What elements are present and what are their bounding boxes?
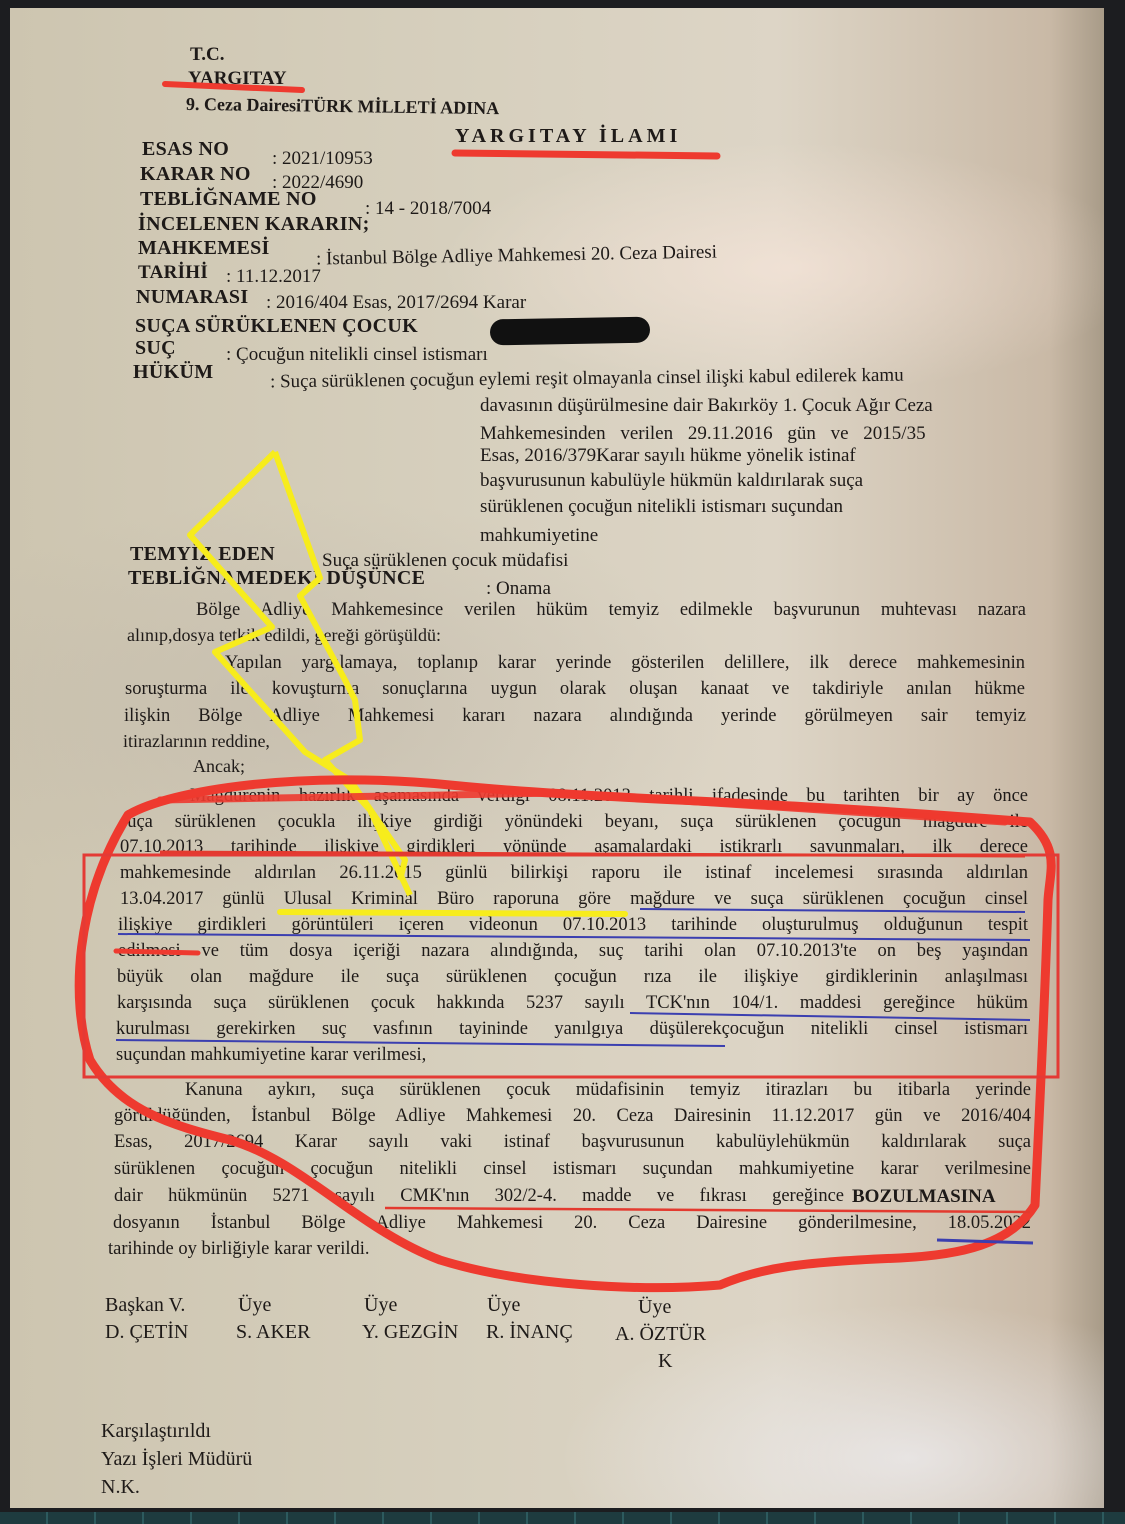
signature-role-4: Üye <box>638 1296 671 1318</box>
para4-line-3: sürüklenen çocuğun çocuğun nitelikli cin… <box>114 1156 1031 1182</box>
incelenen-label: İNCELENEN KARARIN; <box>138 213 370 235</box>
para1-line-1: alınıp,dosya tetkik edildi, gereği görüş… <box>127 624 441 646</box>
tarihi-label: TARİHİ <box>138 262 208 284</box>
tebligname-value: : 14 - 2018/7004 <box>365 198 491 220</box>
suc-value: : Çocuğun nitelikli cinsel istismarı <box>226 344 488 366</box>
hukum-line-5: sürüklenen çocuğun nitelikli istismarı s… <box>480 496 843 518</box>
para4-line-6: tarihinde oy birliğiyle karar verildi. <box>108 1238 369 1260</box>
hukum-line-1: davasının düşürülmesine dair Bakırköy 1.… <box>480 395 933 417</box>
para4-line-1: görüldüğünden, İstanbul Bölge Adliye Mah… <box>114 1103 1031 1129</box>
esas-value: : 2021/10953 <box>272 148 373 170</box>
hukum-line-3: Esas, 2016/379Karar sayılı hükme yönelik… <box>480 445 856 467</box>
suc-label: SUÇ <box>135 337 176 359</box>
para3-line-4: 13.04.2017 günlü Ulusal Kriminal Büro ra… <box>120 886 1028 912</box>
para4-line-2: Esas, 2017/2694 Karar sayılı vaki istina… <box>114 1129 1031 1155</box>
redaction-mark <box>490 317 650 346</box>
footer-clerk-title: Yazı İşleri Müdürü <box>101 1448 252 1470</box>
karar-label: KARAR NO <box>140 163 251 185</box>
para2-line-0: Yapılan yargılamaya, toplanıp karar yeri… <box>225 650 1025 676</box>
doc-title: YARGITAY İLAMI <box>455 125 681 147</box>
cocuk-label: SUÇA SÜRÜKLENEN ÇOCUK <box>135 315 418 337</box>
numarasi-value: : 2016/404 Esas, 2017/2694 Karar <box>266 292 526 314</box>
teblig-dusunce-label: TEBLİĞNAMEDEKİ DÜŞÜNCE <box>128 567 425 589</box>
tc-label: T.C. <box>190 44 224 66</box>
court-name: YARGITAY <box>188 68 287 90</box>
signature-role-0: Başkan V. <box>105 1294 185 1316</box>
para2-line-1: soruşturma ile kovuşturma sonuçlarına uy… <box>125 676 1025 702</box>
signature-role-2: Üye <box>364 1294 397 1316</box>
mahkemesi-label: MAHKEMESİ <box>138 237 270 259</box>
signature-name-1: S. AKER <box>236 1321 310 1343</box>
bottom-strip <box>0 1512 1125 1524</box>
tarihi-value: : 11.12.2017 <box>226 266 321 288</box>
bozulmasina-word: BOZULMASINA <box>852 1186 996 1208</box>
footer-compared: Karşılaştırıldı <box>101 1420 211 1442</box>
para4-line-4: dair hükmünün 5271 sayılı CMK'nın 302/2-… <box>114 1183 844 1209</box>
temyiz-label: TEMYİZ EDEN <box>130 543 275 565</box>
para3-line-7: büyük olan mağdure ile suça sürüklenen ç… <box>117 964 1028 990</box>
hukum-line-2: Mahkemesinden verilen 29.11.2016 gün ve … <box>480 423 926 445</box>
footer-initials: N.K. <box>101 1476 140 1498</box>
para3-line-6: edilmesi ve tüm dosya içeriği nazara alı… <box>118 938 1028 964</box>
ancak-label: Ancak; <box>193 755 245 777</box>
para3-line-3: mahkemesinde aldırılan 26.11.2015 günlü … <box>120 860 1028 886</box>
signature-name-4-cont: K <box>658 1350 672 1372</box>
para1-line-0: Bölge Adliye Mahkemesince verilen hüküm … <box>196 597 1026 623</box>
para3-line-9: kurulması gerekirken suç vasfının tayini… <box>116 1016 1028 1042</box>
signature-role-1: Üye <box>238 1294 271 1316</box>
signature-name-0: D. ÇETİN <box>105 1321 188 1343</box>
para3-line-8: karşısında suça sürüklenen çocuk hakkınd… <box>117 990 1028 1016</box>
para3-line-1: suça sürüklenen çocukla ilişkiye girdiği… <box>120 809 1028 835</box>
para4-line-5: dosyanın İstanbul Bölge Adliye Mahkemesi… <box>113 1210 1031 1236</box>
hukum-label: HÜKÜM <box>133 361 213 383</box>
hukum-line-4: başvurusunun kabulüyle hükmün kaldırılar… <box>480 470 863 492</box>
para3-line-5: ilişkiye girdikleri görüntüleri içeren v… <box>118 912 1028 938</box>
chamber-line: 9. Ceza DairesiTÜRK MİLLETİ ADINA <box>186 93 499 119</box>
para3-line-0: Mağdurenin hazırlık aşamasında verdiği 0… <box>190 783 1028 809</box>
para4-line-0: Kanuna aykırı, suça sürüklenen çocuk müd… <box>185 1077 1031 1103</box>
signature-name-2: Y. GEZGİN <box>362 1321 458 1343</box>
para3-line-10: suçundan mahkumiyetine karar verilmesi, <box>116 1044 426 1066</box>
hukum-line-6: mahkumiyetine <box>480 525 598 547</box>
tebligname-label: TEBLİĞNAME NO <box>140 188 317 210</box>
para2-line-3: itirazlarının reddine, <box>123 730 270 752</box>
para2-line-2: ilişkin Bölge Adliye Mahkemesi kararı na… <box>124 703 1026 729</box>
esas-label: ESAS NO <box>142 138 229 160</box>
signature-name-3: R. İNANÇ <box>486 1321 573 1343</box>
signature-role-3: Üye <box>487 1294 520 1316</box>
numarasi-label: NUMARASI <box>136 286 248 308</box>
para3-line-2: 07.10.2013 tarihinde ilişkiye girdikleri… <box>120 834 1028 860</box>
signature-name-4: A. ÖZTÜR <box>615 1323 706 1345</box>
